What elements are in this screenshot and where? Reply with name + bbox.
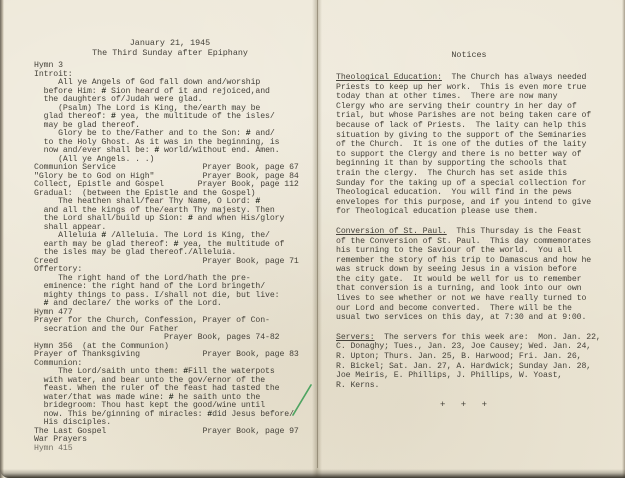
text-line: Theological education. You will find in …: [336, 188, 608, 198]
section-first-line: The Church has always needed: [442, 73, 586, 82]
text-line: R. Bickel; Sat. Jan. 27, A. Hardwick; Su…: [336, 362, 608, 372]
text-line: R. Kerns.: [336, 381, 608, 391]
sharp-mark: #: [183, 367, 188, 376]
text-line: War Prayers: [34, 436, 312, 445]
cross-marks: + + +: [336, 400, 596, 410]
sharp-mark: #: [44, 299, 49, 308]
text-line: of the Conversion of St. Paul. This day …: [336, 237, 608, 247]
text-line: today than at other times. There are now…: [336, 92, 608, 102]
text-line: Joe Meiris, E. Phillips, J. Phillips, W.…: [336, 371, 608, 381]
section-heading: Servers:: [336, 333, 375, 342]
sharp-mark: #: [154, 146, 159, 155]
scanned-bulletin: January 21, 1945 The Third Sunday after …: [0, 0, 625, 478]
text-line: usual two services on this day, at 7:30 …: [336, 313, 608, 323]
text-line: because of lack of Priests. The laity ca…: [336, 121, 608, 131]
text-line: C. Donaghy; Tues., Jan. 23, Joe Causey; …: [336, 342, 608, 352]
page-title: The Third Sunday after Epiphany: [34, 48, 306, 58]
date-line: January 21, 1945: [34, 38, 306, 48]
section-theological-education: Theological Education: The Church has al…: [336, 73, 608, 217]
text-line: beginning it than by supporting the scho…: [336, 159, 608, 169]
section-first-line: This Thursday is the Feast: [447, 227, 582, 236]
sharp-mark: #: [188, 214, 193, 223]
sharp-mark: #: [246, 129, 251, 138]
text-line: to support the Clergy and there is no be…: [336, 150, 608, 160]
text-line: was struck down by seeing Jesus in a vis…: [336, 265, 608, 275]
text-line: Clergy who are serving their country in …: [336, 102, 608, 112]
sharp-mark: #: [255, 197, 260, 206]
text-line: Sunday for the taking up of a special co…: [336, 179, 608, 189]
text-line: that conversion is a turning, and look i…: [336, 284, 608, 294]
section-first-line: The servers for this week are: Mon. Jan.…: [375, 333, 601, 342]
text-line: Hymn 415: [34, 445, 312, 454]
page-fold-line: [317, 0, 318, 468]
text-line: trial, but whose Parishes are not being …: [336, 111, 608, 121]
text-line: Hymn 3: [34, 62, 312, 71]
section-conversion-st-paul: Conversion of St. Paul. This Thursday is…: [336, 227, 608, 323]
text-line: Priests to keep up her work. This is eve…: [336, 83, 608, 93]
text-line: our Lord and become converted. There wil…: [336, 304, 608, 314]
text-line: remember the story of his trip to Damasc…: [336, 256, 608, 266]
sharp-mark: #: [101, 231, 106, 240]
service-order-text: Hymn 3Introit: All ye Angels of God fall…: [34, 62, 312, 453]
sharp-mark: #: [207, 410, 212, 419]
notices-heading: Notices: [336, 50, 602, 60]
page-right: Notices Theological Education: The Churc…: [322, 0, 622, 478]
section-body: C. Donaghy; Tues., Jan. 23, Joe Causey; …: [336, 342, 608, 390]
text-line: his turning to the Saviour of the world.…: [336, 246, 608, 256]
section-heading: Theological Education:: [336, 73, 442, 82]
text-line: lives to see whether or not we have real…: [336, 294, 608, 304]
text-line: # and declare/ the works of the Lord.: [34, 300, 312, 309]
section-servers: Servers: The servers for this week are: …: [336, 333, 608, 391]
text-line: envelopes for this purpose, and if you i…: [336, 198, 608, 208]
text-line: of the Church. It is one of the duties o…: [336, 140, 608, 150]
sharp-mark: #: [111, 112, 116, 121]
text-line: situation by giving to the support of th…: [336, 131, 608, 141]
scan-edge-bottom: [0, 469, 625, 478]
section-body: Priests to keep up her work. This is eve…: [336, 83, 608, 217]
scan-edge-left: [0, 0, 4, 478]
text-line: train the clergy. The Church has set asi…: [336, 169, 608, 179]
text-line: R. Upton; Thurs. Jan. 25, B. Harwood; Fr…: [336, 352, 608, 362]
section-body: of the Conversion of St. Paul. This day …: [336, 237, 608, 323]
page-left: January 21, 1945 The Third Sunday after …: [4, 0, 312, 478]
text-line: for Theological education please use the…: [336, 207, 608, 217]
section-heading: Conversion of St. Paul.: [336, 227, 447, 236]
